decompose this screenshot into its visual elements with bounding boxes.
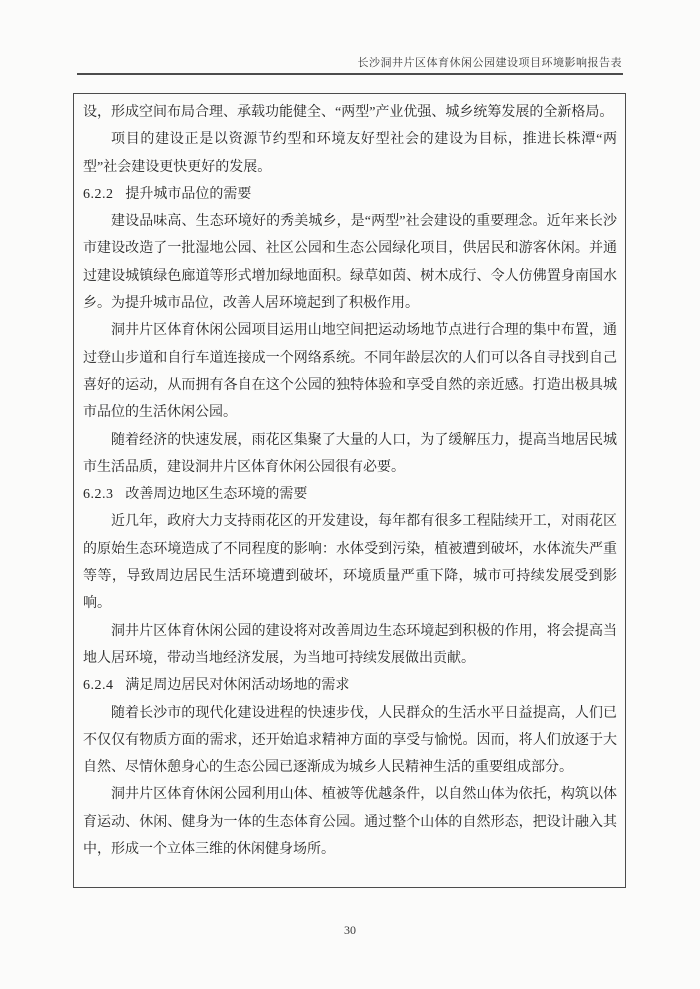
section-number: 6.2.4 xyxy=(83,678,114,693)
section-heading: 6.2.2提升城市品位的需要 xyxy=(83,181,617,208)
section-number: 6.2.2 xyxy=(83,187,114,202)
paragraph: 设，形成空间布局合理、承载功能健全、“两型”产业优强、城乡统筹发展的全新格局。 xyxy=(83,99,617,126)
content-frame: 设，形成空间布局合理、承载功能健全、“两型”产业优强、城乡统筹发展的全新格局。项… xyxy=(73,93,626,888)
paragraph: 洞井片区体育休闲公园的建设将对改善周边生态环境起到积极的作用，将会提高当地人居环… xyxy=(83,618,617,673)
section-heading: 6.2.3改善周边地区生态环境的需要 xyxy=(83,481,617,508)
paragraph: 洞井片区体育休闲公园项目运用山地空间把运动场地节点进行合理的集中布置，通过登山步… xyxy=(83,317,617,426)
section-title: 改善周边地区生态环境的需要 xyxy=(125,487,307,502)
paragraph: 项目的建设正是以资源节约型和环境友好型社会的建设为目标，推进长株潭“两型”社会建… xyxy=(83,126,617,181)
paragraph: 洞井片区体育休闲公园利用山体、植被等优越条件，以自然山体为依托，构筑以体育运动、… xyxy=(83,781,617,863)
paragraph: 建设品味高、生态环境好的秀美城乡，是“两型”社会建设的重要理念。近年来长沙市建设… xyxy=(83,208,617,317)
paragraph: 近几年，政府大力支持雨花区的开发建设，每年都有很多工程陆续开工，对雨花区的原始生… xyxy=(83,508,617,617)
paragraph: 随着长沙市的现代化建设进程的快速步伐，人民群众的生活水平日益提高，人们已不仅仅有… xyxy=(83,700,617,782)
section-title: 提升城市品位的需要 xyxy=(125,187,251,202)
running-header: 长沙洞井片区体育休闲公园建设项目环境影响报告表 xyxy=(73,54,622,70)
section-title: 满足周边居民对休闲活动场地的需求 xyxy=(125,678,349,693)
document-body: 设，形成空间布局合理、承载功能健全、“两型”产业优强、城乡统筹发展的全新格局。项… xyxy=(74,94,625,863)
page-number: 30 xyxy=(0,923,700,938)
section-heading: 6.2.4满足周边居民对休闲活动场地的需求 xyxy=(83,672,617,699)
header-rule xyxy=(77,73,623,75)
section-number: 6.2.3 xyxy=(83,487,114,502)
paragraph: 随着经济的快速发展，雨花区集聚了大量的人口，为了缓解压力，提高当地居民城市生活品… xyxy=(83,427,617,482)
